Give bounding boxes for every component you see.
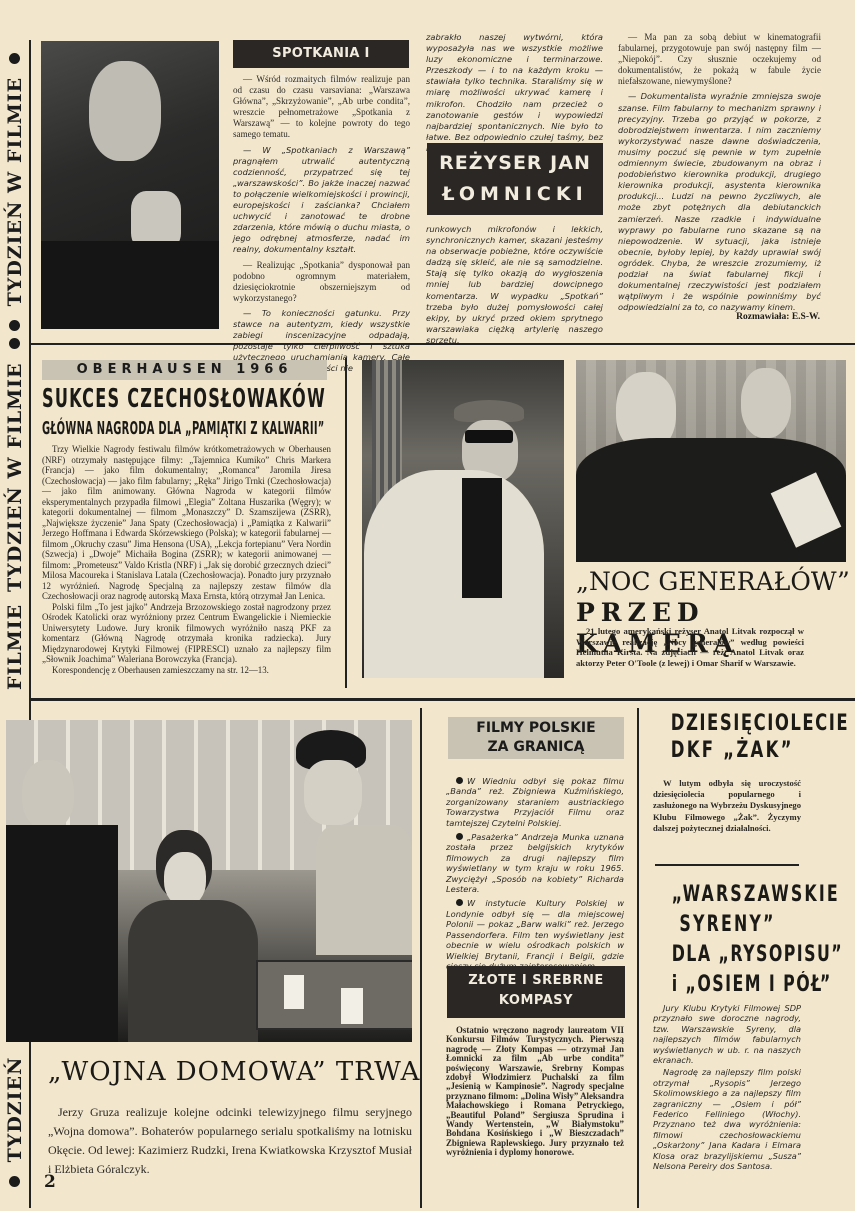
bullet-dot-icon <box>456 899 463 906</box>
photo-cap-shape <box>454 400 524 422</box>
photo-coat-shape <box>6 825 118 1042</box>
interview-column-3: — Ma pan za sobą debiut w kinematografii… <box>618 32 821 317</box>
interview-byline: Rozmawiała: E.S-W. <box>690 312 820 322</box>
photo-fur-coat-shape <box>128 900 258 1042</box>
interview-column-1: — Wśród rozmaitych filmów realizuje pan … <box>233 74 410 378</box>
side-strip-label-1: TYDZIEŃ W FILMIE <box>4 42 28 342</box>
column-divider <box>420 708 422 1208</box>
photo-wojna-domowa-cast <box>6 720 412 1042</box>
list-item: „Pasażerka” Andrzeja Munka uznana został… <box>446 832 624 894</box>
interview-column-2-top: zabrakło naszej wytwórni, która wyposaży… <box>426 32 603 154</box>
photo-face-shape <box>304 760 362 825</box>
side-strip-label-4: TYDZIEŃ <box>4 1055 28 1195</box>
oberhausen-article: Trzy Wielkie Nagrody festiwalu filmów kr… <box>42 444 331 679</box>
oberhausen-headline-wrap: SUKCES CZECHOSŁOWAKÓW <box>42 384 332 418</box>
oberhausen-subhead: GŁÓWNA NAGRODA DLA „PAMIĄTKI Z KALWARII” <box>42 418 202 439</box>
column-divider <box>345 358 347 688</box>
divider <box>30 343 855 345</box>
side-strip-label-2: TYDZIEŃ W FILMIE <box>4 342 28 592</box>
photo-face-shape <box>164 852 206 906</box>
section-header-spotkania: SPOTKANIA I ROZMÓWKI <box>233 40 409 68</box>
bullet-dot-icon <box>456 777 463 784</box>
syreny-headline: „WARSZAWSKIE SYRENY” DLA „RYSOPISU” i „O… <box>650 880 805 1000</box>
oberhausen-kicker: OBERHAUSEN 1966 <box>42 360 327 380</box>
divider <box>655 864 799 866</box>
bullet-dot-icon <box>10 53 21 64</box>
side-strip-label-3: FILMIE <box>4 592 28 702</box>
dkf-zak-headline: DZIESIĘCIOLECIE DKF „ŻAK” <box>652 710 802 774</box>
syreny-article: Jury Klubu Krytyki Filmowej SDP przyznał… <box>653 1003 801 1176</box>
filmy-polskie-list: W Wiedniu odbył się pokaz filmu „Banda” … <box>446 776 624 975</box>
wojna-domowa-caption: Jerzy Gruza realizuje kolejne odcinki te… <box>48 1103 412 1179</box>
photo-face-shape <box>22 760 74 830</box>
oberhausen-subhead-wrap: GŁÓWNA NAGRODA DLA „PAMIĄTKI Z KALWARII” <box>42 418 332 442</box>
interview-title: REŻYSER JAN ŁOMNICKI <box>427 143 603 215</box>
column-divider <box>637 708 639 1208</box>
noc-generalow-caption: 21 lutego amerykański reżyser Anatol Lit… <box>576 626 804 668</box>
photo-suitcase-shape <box>256 960 412 1030</box>
dkf-zak-article: W lutym odbyła się uroczystość dziesięci… <box>653 778 801 834</box>
magazine-page: TYDZIEŃ W FILMIE TYDZIEŃ W FILMIE FILMIE… <box>0 0 855 1211</box>
photo-face-shape <box>741 368 791 438</box>
bullet-dot-icon <box>10 338 21 349</box>
section-header-kompasy: ZŁOTE I SREBRNE KOMPASY <box>447 966 625 1018</box>
oberhausen-headline: SUKCES CZECHOSŁOWAKÓW <box>42 384 222 414</box>
list-item: W instytucie Kultury Polskiej w Londynie… <box>446 898 624 971</box>
photo-face-shape <box>89 61 161 161</box>
interview-column-2-bottom: runkowych mikrofonów i lekkich, synchron… <box>426 224 603 346</box>
bullet-dot-icon <box>10 1176 21 1187</box>
page-number: 2 <box>44 1172 56 1192</box>
photo-coat-shape <box>364 470 544 678</box>
section-header-filmy-polskie: FILMY POLSKIE ZA GRANICĄ <box>448 717 624 759</box>
photo-jacket-shape <box>316 825 412 955</box>
list-item: W Wiedniu odbył się pokaz filmu „Banda” … <box>446 776 624 828</box>
photo-director-portrait <box>41 41 219 329</box>
wojna-domowa-headline: „WOJNA DOMOWA” TRWA <box>48 1055 418 1089</box>
photo-glasses-shape <box>465 430 513 443</box>
photo-litvak-sharif <box>576 360 846 562</box>
bullet-dot-icon <box>10 320 21 331</box>
bullet-dot-icon <box>456 833 463 840</box>
divider <box>30 698 855 701</box>
photo-peter-otoole <box>362 360 564 678</box>
kompasy-article: Ostatnio wręczono nagrody laureatom VII … <box>446 1026 624 1158</box>
